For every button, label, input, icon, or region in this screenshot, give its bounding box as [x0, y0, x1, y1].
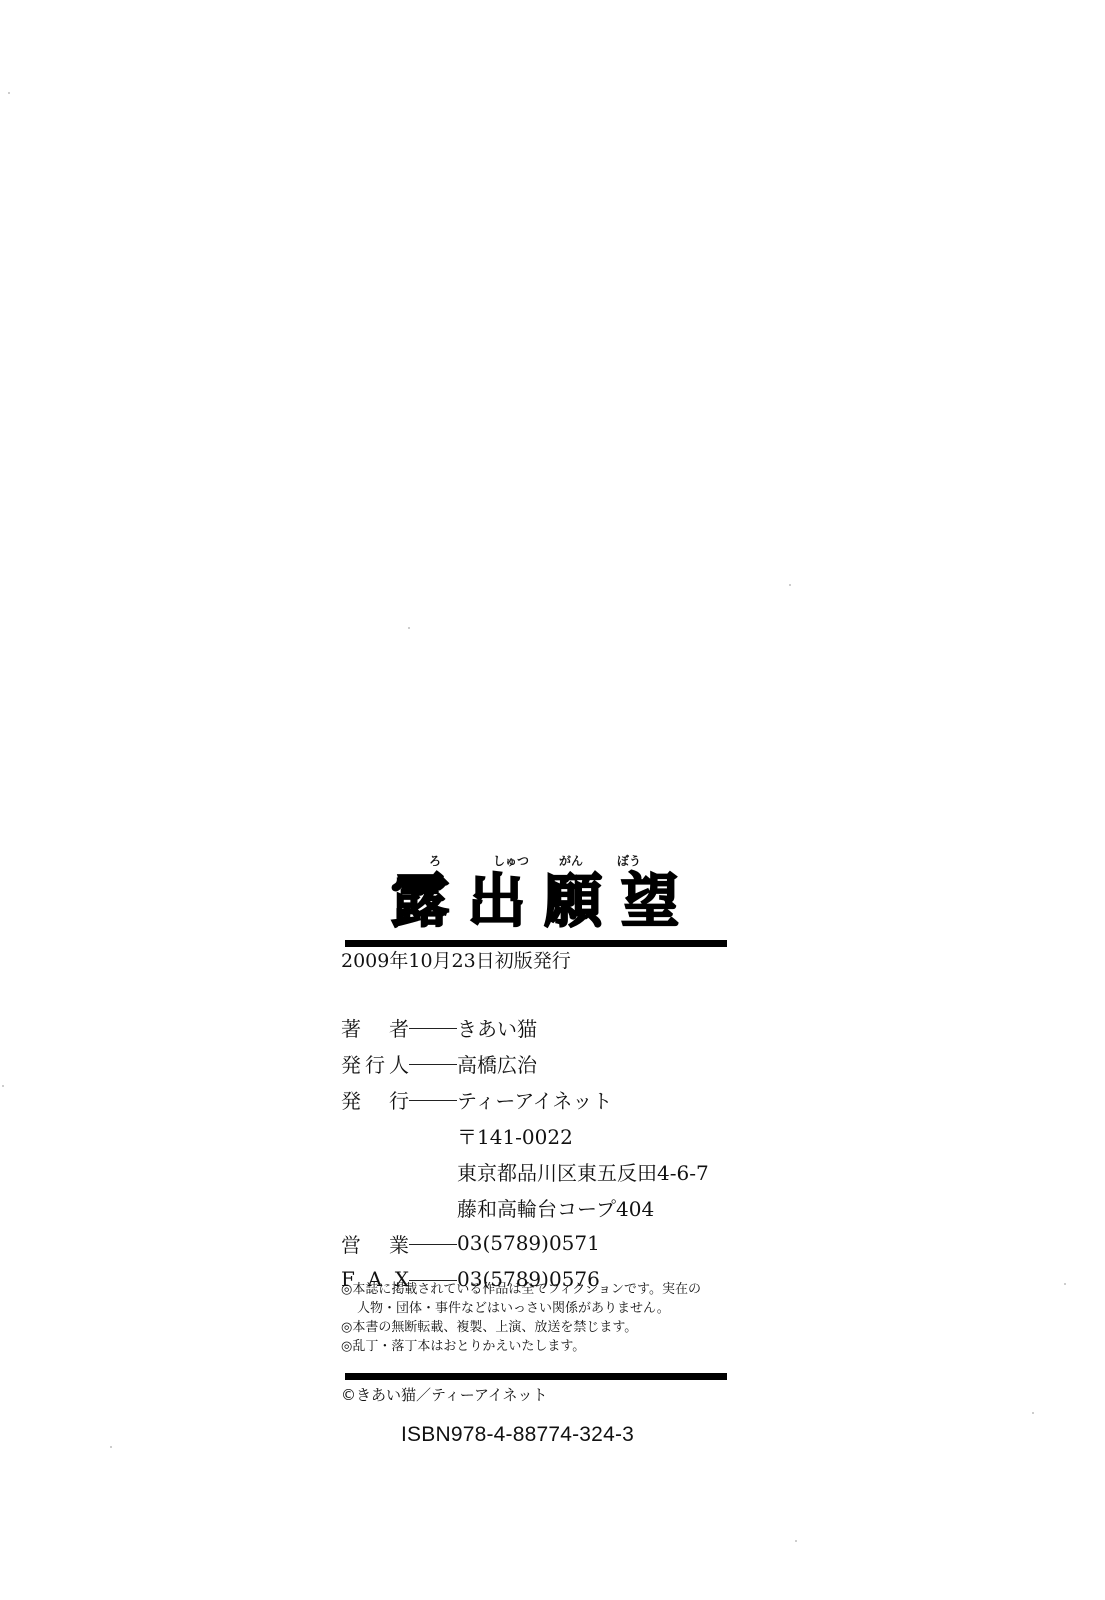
credit-author: 著 者 きあい猫 — [341, 1012, 537, 1042]
postal-code: 〒141-0022 — [457, 1120, 573, 1150]
dash-divider — [409, 1244, 457, 1245]
contact-label: 営 業 — [341, 1229, 409, 1258]
scan-speck — [2, 1085, 4, 1087]
top-rule-divider — [345, 940, 727, 947]
scan-speck — [110, 1446, 112, 1448]
address-line-1: 東京都品川区東五反田4-6-7 — [457, 1156, 709, 1186]
scan-speck — [1064, 1283, 1066, 1285]
credit-label: 発 行 — [341, 1085, 409, 1114]
contact-sales: 営 業 03(5789)0571 — [341, 1228, 600, 1258]
credit-label: 著 者 — [341, 1013, 409, 1042]
address-line-2: 藤和高輪台コープ404 — [457, 1192, 654, 1222]
contact-value: 03(5789)0571 — [457, 1231, 600, 1255]
publication-date: 2009年10月23日初版発行 — [341, 948, 571, 974]
credit-publisher: 発 行 ティーアイネット — [341, 1084, 612, 1114]
credit-value: ティーアイネット — [457, 1085, 612, 1114]
credit-value: きあい猫 — [457, 1013, 537, 1042]
scan-speck — [8, 92, 10, 94]
dash-divider — [409, 1100, 457, 1101]
book-title: 露 出 願 望 — [385, 868, 685, 934]
credit-value: 高橋広治 — [457, 1049, 537, 1078]
isbn-number: ISBN978-4-88774-324-3 — [401, 1422, 634, 1448]
scan-speck — [795, 1540, 797, 1542]
title-char: 露 — [385, 868, 455, 934]
scan-speck — [789, 584, 791, 586]
dash-divider — [409, 1028, 457, 1029]
scan-speck — [1032, 1412, 1034, 1414]
note-misprint-exchange: ◎乱丁・落丁本はおとりかえいたします。 — [341, 1337, 701, 1356]
credit-publisher-person: 発行人 高橋広治 — [341, 1048, 537, 1078]
note-fiction-continuation: 人物・団体・事件などはいっさい関係がありません。 — [341, 1299, 701, 1318]
note-fiction: ◎本誌に掲載されている作品は全てフィクションです。実在の — [341, 1280, 701, 1299]
note-no-reproduction: ◎本書の無断転載、複製、上演、放送を禁じます。 — [341, 1318, 701, 1337]
copyright-line: ©きあい猫／ティーアイネット — [341, 1385, 548, 1405]
scan-speck — [408, 627, 410, 629]
title-char: 出 — [462, 868, 532, 934]
notes-list: ◎本誌に掲載されている作品は全てフィクションです。実在の 人物・団体・事件などは… — [341, 1280, 701, 1356]
credit-label: 発行人 — [341, 1049, 409, 1078]
title-char: 願 — [538, 868, 608, 934]
title-char: 望 — [615, 868, 685, 934]
dash-divider — [409, 1064, 457, 1065]
bottom-rule-divider — [345, 1373, 727, 1380]
